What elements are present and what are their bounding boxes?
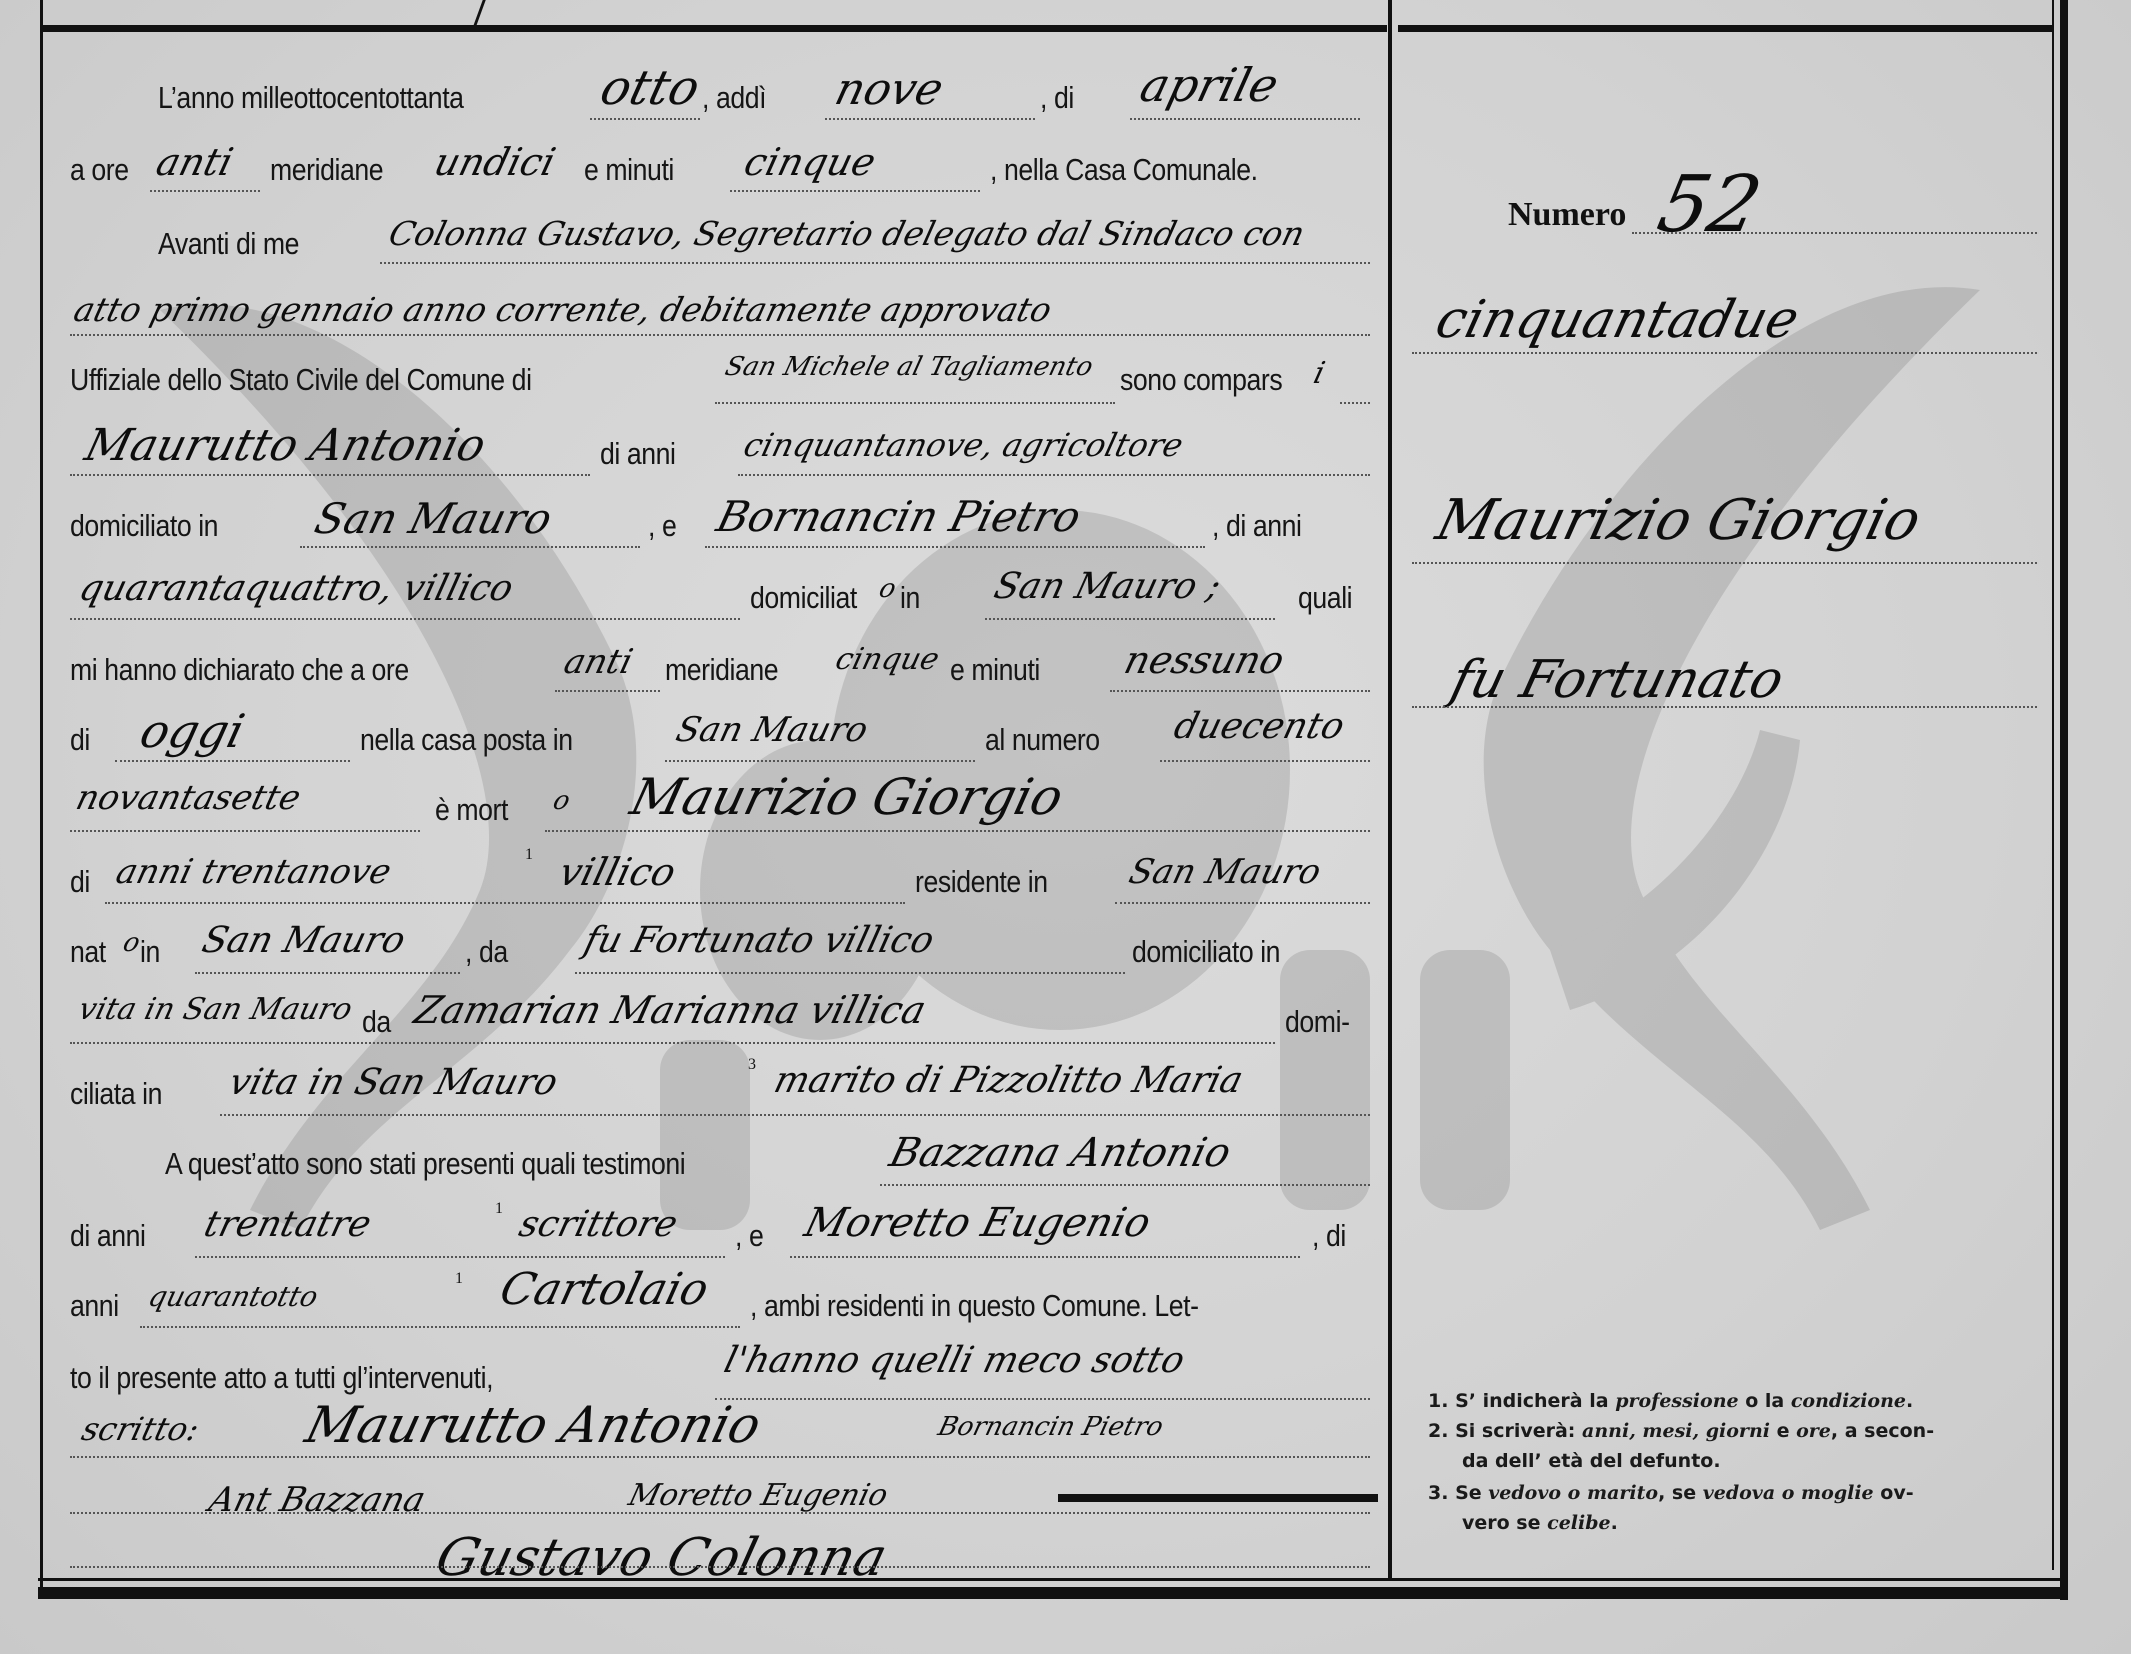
printed-text: Uffiziale dello Stato Civile del Comune … bbox=[70, 362, 532, 398]
footnote-mark: 1 bbox=[495, 1200, 503, 1218]
handwritten-father: fu Fortunato villico bbox=[580, 920, 938, 961]
printed-text: quali bbox=[1298, 580, 1352, 616]
handwritten-deceased-name: Maurizio Giorgio bbox=[625, 768, 1069, 826]
handwritten-declarant-1: Maurutto Antonio bbox=[80, 420, 491, 471]
printed-text: , da bbox=[465, 934, 508, 970]
handwritten-death-hour: cinque bbox=[832, 642, 943, 677]
handwritten-year: otto bbox=[595, 60, 705, 116]
handwritten-house-number-cont: novantasette bbox=[72, 778, 305, 818]
footnote-2: 2. Si scriverà: anni, mesi, giorni e ore… bbox=[1428, 1420, 1934, 1442]
handwritten-deceased-residence: San Mauro bbox=[1125, 852, 1325, 892]
top-rule-left bbox=[42, 25, 1387, 32]
printed-text: A quest’atto sono stati presenti quali t… bbox=[165, 1146, 685, 1182]
footnote-mark: 1 bbox=[525, 846, 533, 864]
handwritten-father-status: vita in San Mauro bbox=[75, 992, 356, 1027]
handwritten-age-profession-2: quarantaquattro, villico bbox=[75, 568, 517, 609]
printed-text: meridiane bbox=[665, 652, 778, 688]
footnote-2-cont: da dell’ età del defunto. bbox=[1462, 1450, 1721, 1472]
top-ink-stroke bbox=[473, 0, 485, 26]
printed-text: in bbox=[900, 580, 920, 616]
register-page: L’anno milleottocentottanta otto , addì … bbox=[0, 0, 2131, 1654]
printed-text: domiciliat bbox=[750, 580, 857, 616]
printed-text: e minuti bbox=[950, 652, 1040, 688]
handwritten-month: aprile bbox=[1135, 58, 1284, 112]
printed-text: di bbox=[70, 864, 90, 900]
signature-bazzana: Ant Bazzana bbox=[205, 1480, 429, 1520]
printed-text: in bbox=[140, 934, 160, 970]
footnote-3: 3. Se vedovo o marito, se vedova o mogli… bbox=[1428, 1482, 1914, 1504]
printed-text: L’anno milleottocentottanta bbox=[158, 80, 464, 116]
printed-text: domi- bbox=[1285, 1004, 1350, 1040]
printed-text: to il presente atto a tutti gl’intervenu… bbox=[70, 1360, 493, 1396]
handwritten-deceased-profession: villico bbox=[555, 850, 680, 894]
handwritten-hour-period-2: anti bbox=[560, 642, 637, 682]
printed-text: Avanti di me bbox=[158, 226, 299, 262]
entry-number: 52 bbox=[1650, 160, 1768, 250]
handwritten-age-profession: cinquantanove, agricoltore bbox=[740, 426, 1187, 464]
printed-text: ciliata in bbox=[70, 1076, 162, 1112]
top-rule-right bbox=[1398, 25, 2053, 32]
deceased-name: Maurizio Giorgio bbox=[1430, 488, 1927, 553]
printed-text: , e bbox=[735, 1218, 763, 1254]
entry-number-words: cinquantadue bbox=[1430, 290, 1805, 350]
handwritten-witness-2-age: quarantotto bbox=[145, 1280, 321, 1313]
handwritten-birthplace: San Mauro bbox=[198, 920, 409, 961]
printed-text: nat bbox=[70, 934, 106, 970]
printed-text: da bbox=[362, 1004, 391, 1040]
printed-text: di anni bbox=[70, 1218, 146, 1254]
handwritten-hour: undici bbox=[430, 140, 560, 184]
footnote-1: 1. S’ indicherà la professione o la cond… bbox=[1428, 1390, 1913, 1412]
printed-text: e minuti bbox=[584, 152, 674, 188]
bottom-rule-thick bbox=[38, 1587, 2068, 1599]
right-border-thin bbox=[2052, 0, 2054, 1570]
printed-text: al numero bbox=[985, 722, 1100, 758]
handwritten-hour-period: anti bbox=[152, 140, 238, 184]
handwritten-officer: Colonna Gustavo, Segretario delegato dal… bbox=[385, 214, 1309, 253]
printed-text: , di bbox=[1312, 1218, 1346, 1254]
printed-text: sono compars bbox=[1120, 362, 1282, 398]
printed-text: , ambi residenti in questo Comune. Let- bbox=[750, 1288, 1199, 1324]
deceased-father: fu Fortunato bbox=[1445, 650, 1790, 710]
printed-text: mi hanno dichiarato che a ore bbox=[70, 652, 409, 688]
handwritten-mother-residence: vita in San Mauro bbox=[225, 1062, 562, 1103]
handwritten-scritto: scritto: bbox=[78, 1410, 203, 1448]
handwritten-death-minutes: nessuno bbox=[1120, 638, 1289, 682]
printed-text: domiciliato in bbox=[70, 508, 218, 544]
column-divider bbox=[1388, 0, 1392, 1580]
handwritten-witness-1: Bazzana Antonio bbox=[885, 1130, 1235, 1176]
footnote-mark: 3 bbox=[748, 1056, 756, 1074]
printed-text: di anni bbox=[600, 436, 676, 472]
handwritten-house-number: duecento bbox=[1170, 706, 1349, 747]
handwritten-residence-2: San Mauro ; bbox=[990, 566, 1225, 607]
printed-text: , di anni bbox=[1212, 508, 1302, 544]
printed-text: nella casa posta in bbox=[360, 722, 573, 758]
handwritten-day-of-death: oggi bbox=[135, 704, 250, 758]
handwritten-comune: San Michele al Tagliamento bbox=[722, 352, 1096, 382]
bottom-rule-thin bbox=[38, 1578, 2068, 1581]
handwritten-minutes: cinque bbox=[740, 140, 880, 184]
handwritten-death-place: San Mauro bbox=[672, 710, 872, 750]
left-border bbox=[40, 0, 43, 1590]
right-border-thick bbox=[2060, 0, 2068, 1600]
printed-text: , addì bbox=[702, 80, 766, 116]
handwritten-witness-2-profession: Cartolaio bbox=[495, 1264, 714, 1315]
signature-maurutto-antonio: Maurutto Antonio bbox=[300, 1396, 767, 1454]
handwritten-witness-1-age: trentatre bbox=[200, 1204, 375, 1245]
handwritten-deceased-age: anni trentanove bbox=[112, 852, 395, 892]
printed-text: , e bbox=[648, 508, 676, 544]
footnote-mark: 1 bbox=[455, 1270, 463, 1288]
handwritten-marital-status: marito di Pizzolitto Maria bbox=[770, 1060, 1247, 1101]
printed-text: , di bbox=[1040, 80, 1074, 116]
handwritten-mother: Zamarian Marianna villica bbox=[410, 988, 930, 1032]
printed-text: domiciliato in bbox=[1132, 934, 1280, 970]
printed-text: anni bbox=[70, 1288, 119, 1324]
handwritten-closing: l'hanno quelli meco sotto bbox=[720, 1340, 1189, 1381]
footnote-3-cont: vero se celibe. bbox=[1462, 1512, 1618, 1534]
handwritten-witness-2: Moretto Eugenio bbox=[800, 1200, 1155, 1246]
signature-bornancin-pietro: Bornancin Pietro bbox=[935, 1412, 1166, 1442]
printed-text: a ore bbox=[70, 152, 129, 188]
printed-text: , nella Casa Comunale. bbox=[990, 152, 1258, 188]
handwritten-day: nove bbox=[830, 64, 948, 115]
handwritten-delegation: atto primo gennaio anno corrente, debita… bbox=[70, 290, 1056, 329]
printed-text: è mort bbox=[435, 792, 508, 828]
handwritten-declarant-2: Bornancin Pietro bbox=[712, 492, 1086, 541]
signature-flourish-line bbox=[1058, 1494, 1378, 1502]
handwritten-witness-1-profession: scrittore bbox=[515, 1204, 682, 1245]
printed-text: di bbox=[70, 722, 90, 758]
signature-moretto-eugenio: Moretto Eugenio bbox=[625, 1478, 891, 1513]
signature-gustavo-colonna: Gustavo Colonna bbox=[430, 1528, 893, 1588]
numero-label: Numero bbox=[1508, 196, 1626, 234]
printed-text: meridiane bbox=[270, 152, 383, 188]
printed-text: residente in bbox=[915, 864, 1048, 900]
handwritten-residence: San Mauro bbox=[310, 494, 557, 543]
